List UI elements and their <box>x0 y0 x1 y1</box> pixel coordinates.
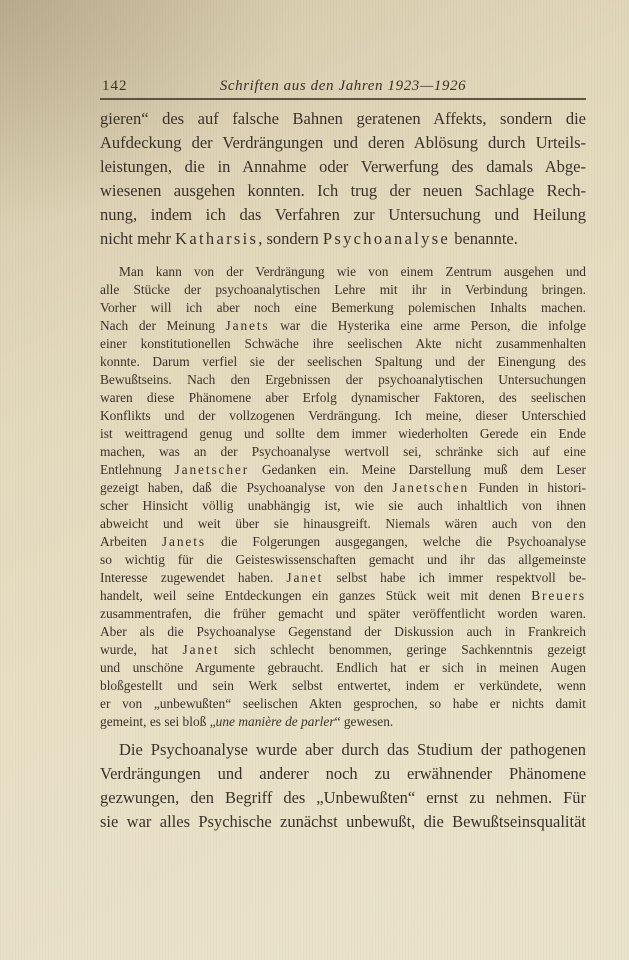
text-line: Entlehnung Janetscher Gedanken ein. Mein… <box>100 461 586 479</box>
running-title: Schriften aus den Jahren 1923—1926 <box>100 78 586 95</box>
text-line: gemeint, es sei bloß „une manière de par… <box>100 713 586 731</box>
text-line: ist weittragend genug und sollte dem imm… <box>100 425 586 443</box>
text-line: Aber als die Psychoanalyse Gegenstand de… <box>100 623 586 641</box>
spaced-text: Janets <box>226 318 270 333</box>
text-line: Aufdeckung der Verdrängungen und deren A… <box>100 131 586 155</box>
text-column: 142 Schriften aus den Jahren 1923—1926 g… <box>100 78 586 834</box>
text-line: alle Stücke der psychoanalytischen Lehre… <box>100 281 586 299</box>
text-line: handelt, weil seine Entdeckungen ein gan… <box>100 587 586 605</box>
text-line: nicht mehr Katharsis, sondern Psychoanal… <box>100 227 586 251</box>
text-line: bloßgestellt und sein Werk selbst entwer… <box>100 677 586 695</box>
paragraph: gieren“ des auf falsche Bahnen geratenen… <box>100 107 586 251</box>
text-line: Vorher will ich aber noch eine Bemerkung… <box>100 299 586 317</box>
spaced-text: Janet <box>286 570 323 585</box>
text-line: so wichtig für die Geisteswissenschaften… <box>100 551 586 569</box>
text-line: Interesse zugewendet haben. Janet selbst… <box>100 569 586 587</box>
page-header: 142 Schriften aus den Jahren 1923—1926 <box>100 78 586 100</box>
body-text: gieren“ des auf falsche Bahnen geratenen… <box>100 107 586 834</box>
spaced-text: Janetscher <box>175 462 250 477</box>
spaced-text: Janets <box>162 534 206 549</box>
text-line: sie war alles Psychische zunächst unbewu… <box>100 810 586 834</box>
spaced-text: Janet <box>183 642 220 657</box>
text-line: Nach der Meinung Janets war die Hysterik… <box>100 317 586 335</box>
text-line: wiesenen ausgehen konnten. Ich trug der … <box>100 179 586 203</box>
text-line: Die Psychoanalyse wurde aber durch das S… <box>100 738 586 762</box>
text-line: scher Hinsicht völlig unabhängig ist, wi… <box>100 497 586 515</box>
italic-text: une manière de parler <box>216 714 335 729</box>
text-line: Bewußtseins. Nach den Ergebnissen der ps… <box>100 371 586 389</box>
paragraph: Man kann von der Verdrängung wie von ein… <box>100 263 586 731</box>
spaced-text: Breuers <box>531 588 586 603</box>
text-line: und unschöne Argumente gebraucht. Endlic… <box>100 659 586 677</box>
text-line: Arbeiten Janets die Folgerungen ausgegan… <box>100 533 586 551</box>
book-page: 142 Schriften aus den Jahren 1923—1926 g… <box>0 0 629 960</box>
text-line: Verdrängungen und anderer noch zu erwähn… <box>100 762 586 786</box>
spaced-text: Janetschen <box>392 480 469 495</box>
text-line: wurde, hat Janet sich schlecht benommen,… <box>100 641 586 659</box>
text-line: leistungen, die in Annahme oder Verwerfu… <box>100 155 586 179</box>
text-line: Konflikts und der vollzogenen Verdrängun… <box>100 407 586 425</box>
text-line: zusammentrafen, die früher gemacht und s… <box>100 605 586 623</box>
text-line: nung, indem ich das Verfahren zur Unters… <box>100 203 586 227</box>
spaced-text: Katharsis <box>175 229 258 248</box>
text-line: einer konstitutionellen Schwäche ihre se… <box>100 335 586 353</box>
text-line: machen, was an der Psychoanalyse wertvol… <box>100 443 586 461</box>
text-line: gieren“ des auf falsche Bahnen geratenen… <box>100 107 586 131</box>
text-line: konnte. Darum verfiel sie der seelischen… <box>100 353 586 371</box>
spaced-text: Psychoanalyse <box>323 229 450 248</box>
paragraph: Die Psychoanalyse wurde aber durch das S… <box>100 738 586 834</box>
text-line: er von „unbewußten“ seelischen Akten ges… <box>100 695 586 713</box>
text-line: Man kann von der Verdrängung wie von ein… <box>100 263 586 281</box>
text-line: gezeigt haben, daß die Psychoanalyse von… <box>100 479 586 497</box>
text-line: waren diese Phänomene aber Erfolg dynami… <box>100 389 586 407</box>
text-line: gezwungen, den Begriff des „Unbewußten“ … <box>100 786 586 810</box>
text-line: abweicht und weit über sie hinausgreift.… <box>100 515 586 533</box>
